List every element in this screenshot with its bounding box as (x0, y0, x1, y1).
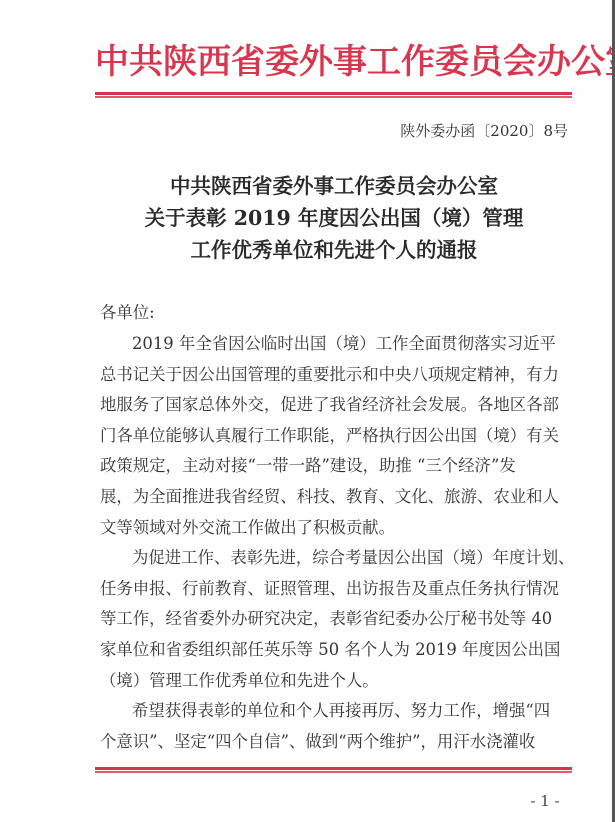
paragraph: 2019 年全省因公临时出国（境）工作全面贯彻落实习近平 总书记关于因公出国管理… (100, 329, 570, 543)
text-line: （境）管理工作优秀单位和先进个人。 (100, 666, 570, 697)
text-line: 地服务了国家总体外交，促进了我省经济社会发展。各地区各部 (100, 390, 570, 421)
text-line: 总书记关于因公出国管理的重要批示和中央八项规定精神，有力 (100, 360, 570, 391)
title-line: 工作优秀单位和先进个人的通报 (95, 234, 573, 266)
document-number: 陕外委办函〔2020〕8号 (370, 120, 568, 141)
document-body: 各单位: 2019 年全省因公临时出国（境）工作全面贯彻落实习近平 总书记关于因… (100, 298, 570, 757)
text-line: 为促进工作、表彰先进，综合考量因公出国（境）年度计划、 (100, 543, 570, 574)
paragraph: 为促进工作、表彰先进，综合考量因公出国（境）年度计划、 任务申报、行前教育、证照… (100, 543, 570, 696)
text-line: 门各单位能够认真履行工作职能，严格执行因公出国（境）有关 (100, 421, 570, 452)
text-line: 政策规定，主动对接“一带一路”建设，助推 “三个经济”发 (100, 451, 570, 482)
text-line: 任务申报、行前教育、证照管理、出访报告及重点任务执行情况 (100, 574, 570, 605)
letterhead-org-name: 中共陕西省委外事工作委员会办公室 (95, 38, 573, 86)
salutation: 各单位: (100, 298, 570, 329)
page-number: - 1 - (520, 792, 570, 810)
document-title: 中共陕西省委外事工作委员会办公室 关于表彰 2019 年度因公出国（境）管理 工… (95, 170, 573, 266)
footer-red-rule (95, 767, 572, 773)
document-page: 中共陕西省委外事工作委员会办公室 陕外委办函〔2020〕8号 中共陕西省委外事工… (0, 0, 612, 822)
letterhead-red-rule (95, 92, 572, 98)
text-line: 个意识”、坚定“四个自信”、做到“两个维护”，用汗水浇灌收 (100, 727, 570, 758)
text-line: 2019 年全省因公临时出国（境）工作全面贯彻落实习近平 (100, 329, 570, 360)
title-line: 关于表彰 2019 年度因公出国（境）管理 (95, 202, 573, 234)
text-line: 家单位和省委组织部任英乐等 50 名个人为 2019 年度因公出国 (100, 635, 570, 666)
text-line: 展，为全面推进我省经贸、科技、教育、文化、旅游、农业和人 (100, 482, 570, 513)
paragraph: 希望获得表彰的单位和个人再接再厉、努力工作，增强“四 个意识”、坚定“四个自信”… (100, 696, 570, 757)
title-line: 中共陕西省委外事工作委员会办公室 (95, 170, 573, 202)
text-line: 等工作，经省委外办研究决定，表彰省纪委办公厅秘书处等 40 (100, 604, 570, 635)
text-line: 希望获得表彰的单位和个人再接再厉、努力工作，增强“四 (100, 696, 570, 727)
text-line: 文等领域对外交流工作做出了积极贡献。 (100, 513, 570, 544)
